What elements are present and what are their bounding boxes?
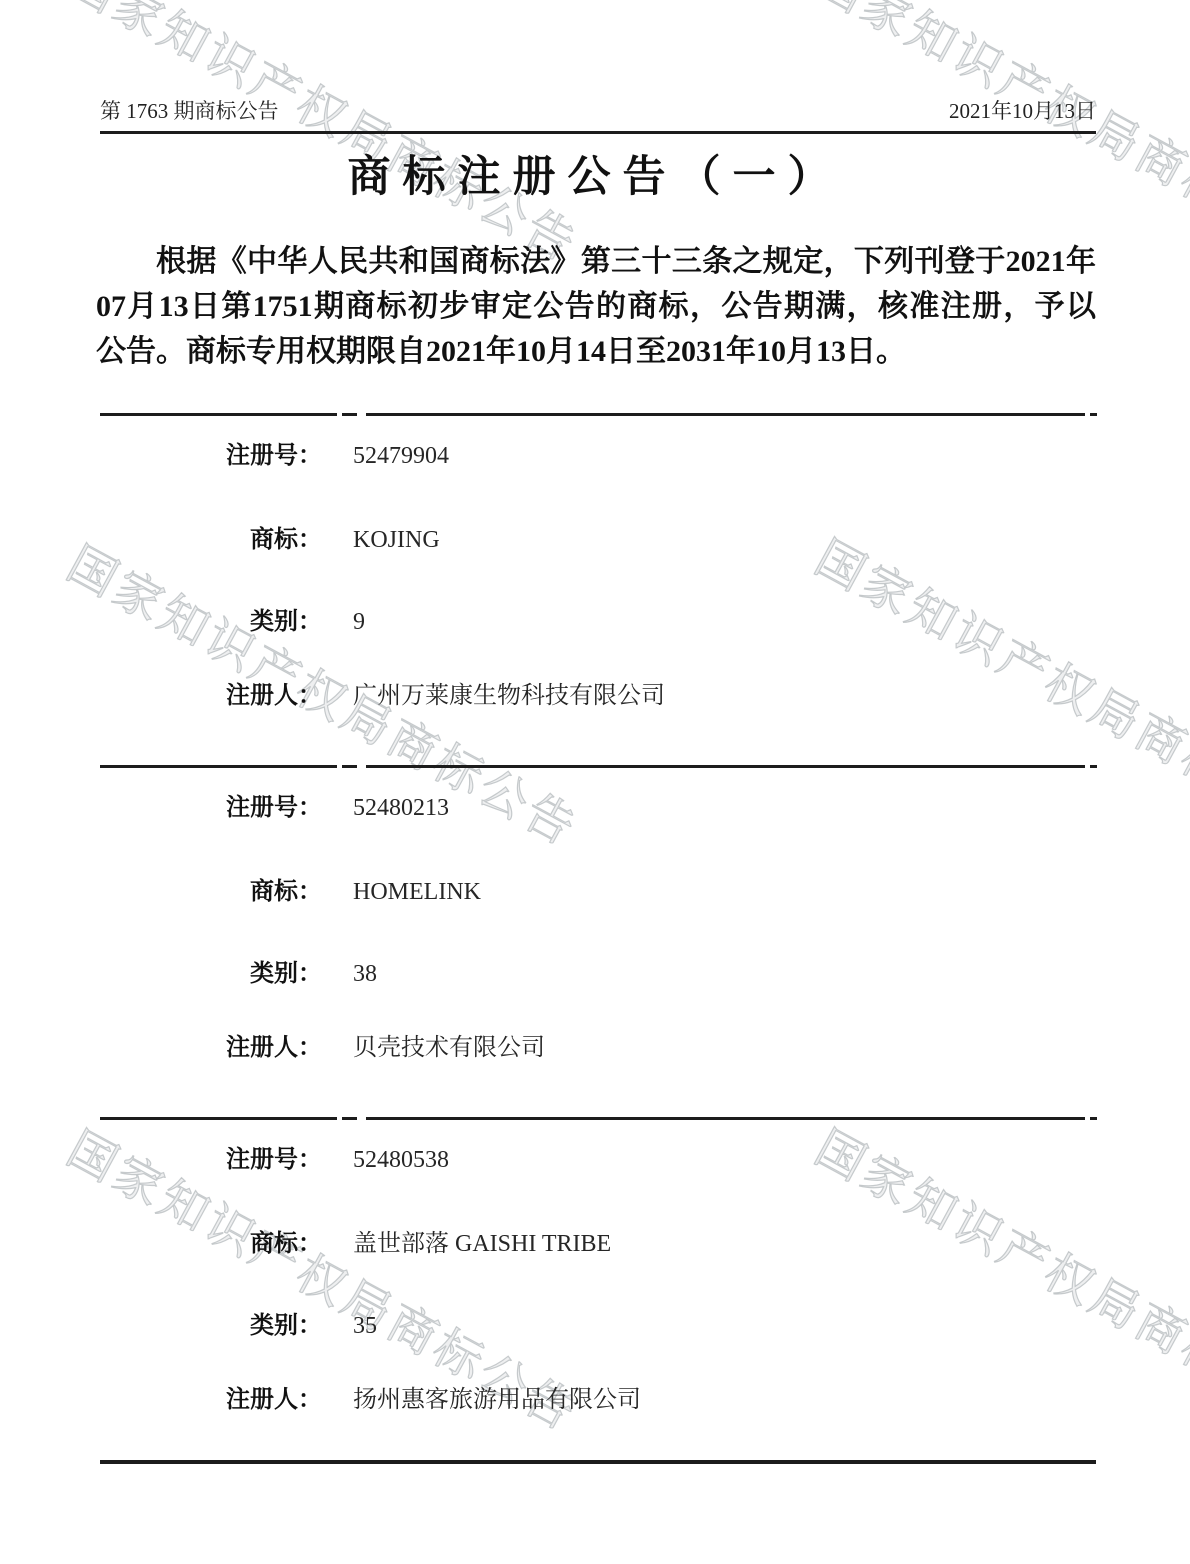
bottom-rule [100,1460,1096,1464]
field-value-category: 35 [353,1313,377,1340]
header-rule [100,131,1096,134]
header-issue-number: 第 1763 期商标公告 [100,95,279,125]
field-label: 类别： [92,1305,322,1340]
field-row-registrant: 注册人： 贝壳技术有限公司 [92,1027,1097,1062]
field-value-trademark: KOJING [353,527,440,554]
field-row-category: 类别： 35 [92,1305,1097,1340]
field-row-category: 类别： 9 [92,601,1097,636]
field-row-reg-no: 注册号： 52480213 [92,787,1097,822]
field-row-reg-no: 注册号： 52479904 [92,435,1097,470]
field-label: 注册号： [92,435,322,470]
trademark-entry: 注册号： 52480213 商标： HOMELINK 类别： 38 注册人： 贝… [92,787,1102,1067]
page-title: 商标注册公告（一） [0,143,1190,204]
field-label: 商标： [92,871,322,906]
field-value-category: 9 [353,609,365,636]
field-label: 注册人： [92,1027,322,1062]
section-rule [100,1117,1097,1120]
field-label: 类别： [92,953,322,988]
field-label: 类别： [92,601,322,636]
field-row-trademark: 商标： KOJING [92,519,1097,554]
field-row-registrant: 注册人： 扬州惠客旅游用品有限公司 [92,1379,1097,1414]
section-rule [100,765,1097,768]
field-row-category: 类别： 38 [92,953,1097,988]
intro-line: 公告。商标专用权期限自2021年10月14日至2031年10月13日。 [96,329,1096,374]
field-label: 注册人： [92,675,322,710]
trademark-entry: 注册号： 52479904 商标： KOJING 类别： 9 注册人： 广州万莱… [92,435,1102,715]
field-label: 注册人： [92,1379,322,1414]
field-value-reg-no: 52480213 [353,795,449,822]
document-page: 国家知识产权局商标公告 国家知识产权局商标公告 国家知识产权局商标公告 国家知识… [0,0,1190,1564]
document-content: 第 1763 期商标公告 2021年10月13日 商标注册公告（一） 根据《中华… [0,0,1190,1564]
field-label: 商标： [92,519,322,554]
field-row-reg-no: 注册号： 52480538 [92,1139,1097,1174]
field-row-trademark: 商标： HOMELINK [92,871,1097,906]
intro-paragraph: 根据《中华人民共和国商标法》第三十三条之规定，下列刊登于2021年 07月13日… [96,239,1096,374]
field-value-registrant: 扬州惠客旅游用品有限公司 [353,1379,641,1414]
field-label: 商标： [92,1223,322,1258]
intro-line: 07月13日第1751期商标初步审定公告的商标，公告期满，核准注册，予以 [96,284,1096,329]
field-row-trademark: 商标： 盖世部落 GAISHI TRIBE [92,1223,1097,1258]
header-date: 2021年10月13日 [949,95,1096,125]
field-label: 注册号： [92,787,322,822]
field-value-registrant: 广州万莱康生物科技有限公司 [353,675,665,710]
field-value-trademark: 盖世部落 GAISHI TRIBE [353,1223,611,1258]
field-value-trademark: HOMELINK [353,879,481,906]
field-value-reg-no: 52479904 [353,443,449,470]
field-value-registrant: 贝壳技术有限公司 [353,1027,545,1062]
field-value-category: 38 [353,961,377,988]
field-row-registrant: 注册人： 广州万莱康生物科技有限公司 [92,675,1097,710]
trademark-entry: 注册号： 52480538 商标： 盖世部落 GAISHI TRIBE 类别： … [92,1139,1102,1419]
field-value-reg-no: 52480538 [353,1147,449,1174]
field-label: 注册号： [92,1139,322,1174]
intro-line: 根据《中华人民共和国商标法》第三十三条之规定，下列刊登于2021年 [96,239,1096,284]
section-rule [100,413,1097,416]
